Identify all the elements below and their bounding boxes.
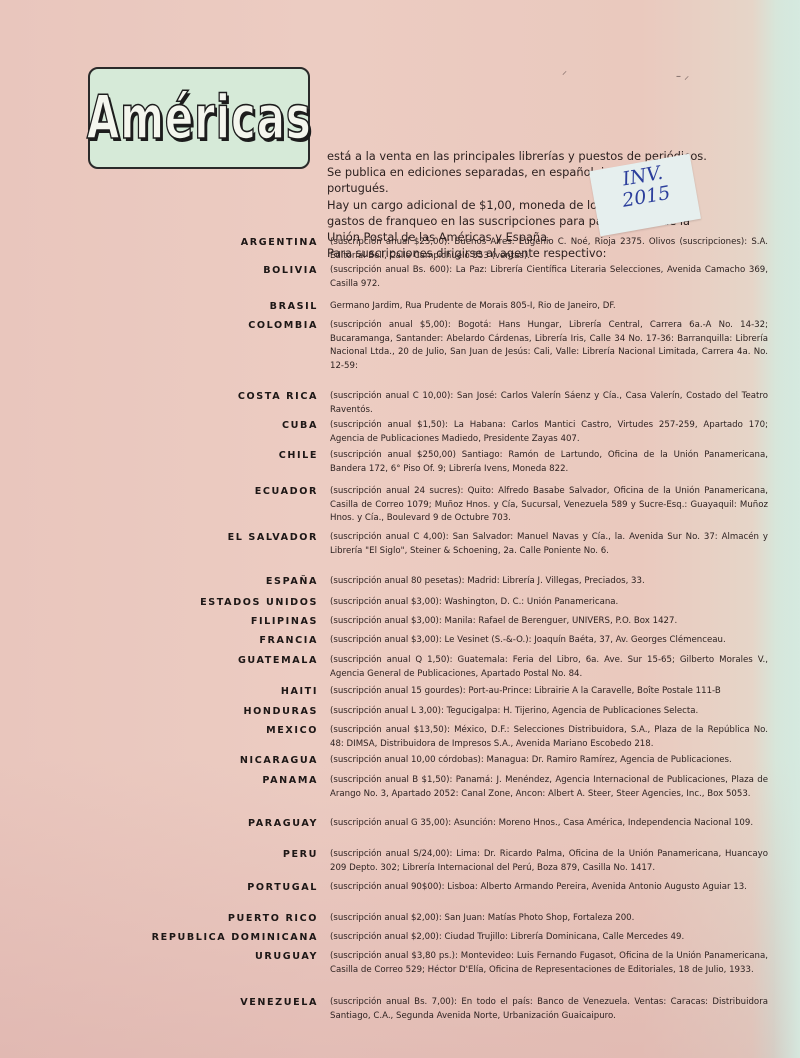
- agent-details: (suscripción anual C 10,00): San José: C…: [330, 390, 768, 417]
- country-name: VENEZUELA: [240, 997, 318, 1008]
- masthead-logo: Américas: [88, 67, 310, 169]
- country-name: REPUBLICA DOMINICANA: [152, 932, 318, 943]
- country-name: PORTUGAL: [247, 882, 318, 893]
- agent-details: (suscripción anual Q 1,50): Guatemala: F…: [330, 654, 768, 681]
- country-name: CUBA: [282, 420, 318, 431]
- agent-details: (suscripción anual 90$00): Lisboa: Alber…: [330, 881, 768, 895]
- agent-details: Germano Jardim, Rua Prudente de Morais 8…: [330, 300, 768, 314]
- agent-details: (suscripción anual 15 gourdes): Port-au-…: [330, 685, 768, 699]
- country-name: ARGENTINA: [241, 237, 318, 248]
- country-name: COSTA RICA: [238, 391, 318, 402]
- agent-details: (suscripción anual $3,00): Washington, D…: [330, 596, 768, 610]
- country-name: HONDURAS: [244, 706, 319, 717]
- agent-details: (suscripción anual 10,00 córdobas): Mana…: [330, 754, 768, 768]
- country-name: EL SALVADOR: [228, 532, 318, 543]
- agent-details: (suscripción anual $3,00): Le Vesinet (S…: [330, 634, 768, 648]
- agent-details: (suscripción anual $13,50): México, D.F.…: [330, 724, 768, 751]
- agent-details: (suscripción anual $5,00): Bogotá: Hans …: [330, 319, 768, 373]
- country-name: NICARAGUA: [240, 755, 318, 766]
- country-name: FILIPINAS: [251, 616, 318, 627]
- country-name: CHILE: [279, 450, 318, 461]
- agent-details: (suscripción anual 24 sucres): Quito: Al…: [330, 485, 768, 526]
- agent-details: (suscripción anual L 3,00): Tegucigalpa:…: [330, 705, 768, 719]
- handwritten-note: INV. 2015: [600, 159, 690, 215]
- country-name: PERU: [283, 849, 318, 860]
- country-name: FRANCIA: [259, 635, 318, 646]
- country-name: COLOMBIA: [248, 320, 318, 331]
- agent-details: (suscripción anual G 35,00): Asunción: M…: [330, 817, 768, 831]
- agent-details: (suscripción anual $1,50): La Habana: Ca…: [330, 419, 768, 446]
- country-name: ESPAÑA: [266, 576, 318, 587]
- agent-details: (suscripción anual Bs. 7,00): En todo el…: [330, 996, 768, 1023]
- agent-details: (suscripción anual $3,00): Manila: Rafae…: [330, 615, 768, 629]
- page-edge: [774, 0, 800, 1058]
- agent-details: (suscripción anual $2,00): Ciudad Trujil…: [330, 931, 768, 945]
- country-name: URUGUAY: [255, 951, 318, 962]
- country-name: MEXICO: [266, 725, 318, 736]
- country-name: PANAMA: [262, 775, 318, 786]
- country-name: HAITI: [281, 686, 318, 697]
- agent-details: (suscripción anual S/24,00): Lima: Dr. R…: [330, 848, 768, 875]
- agent-details: (suscripción anual $250,00) Santiago: Ra…: [330, 449, 768, 476]
- country-name: PARAGUAY: [248, 818, 318, 829]
- agent-details: (suscripción anual $2,00): San Juan: Mat…: [330, 912, 768, 926]
- agent-details: (suscripción anual 80 pesetas): Madrid: …: [330, 575, 768, 589]
- country-name: BRASIL: [270, 301, 318, 312]
- country-name: ESTADOS UNIDOS: [200, 597, 318, 608]
- agent-details: (suscripción anual $3,80 ps.): Montevide…: [330, 950, 768, 977]
- country-name: GUATEMALA: [238, 655, 318, 666]
- agent-details: (suscripción anual $25,00): Buenos Aires…: [330, 236, 768, 263]
- pencil-mark: ⸝: [562, 63, 567, 77]
- agent-details: (suscripción anual C 4,00): San Salvador…: [330, 531, 768, 558]
- country-name: PUERTO RICO: [228, 913, 318, 924]
- agent-details: (suscripción anual B $1,50): Panamá: J. …: [330, 774, 768, 801]
- masthead-title: Américas: [87, 88, 312, 148]
- agent-details: (suscripción anual Bs. 600): La Paz: Lib…: [330, 264, 768, 291]
- pencil-mark: – ⸝: [676, 68, 689, 82]
- country-name: ECUADOR: [255, 486, 318, 497]
- country-name: BOLIVIA: [263, 265, 318, 276]
